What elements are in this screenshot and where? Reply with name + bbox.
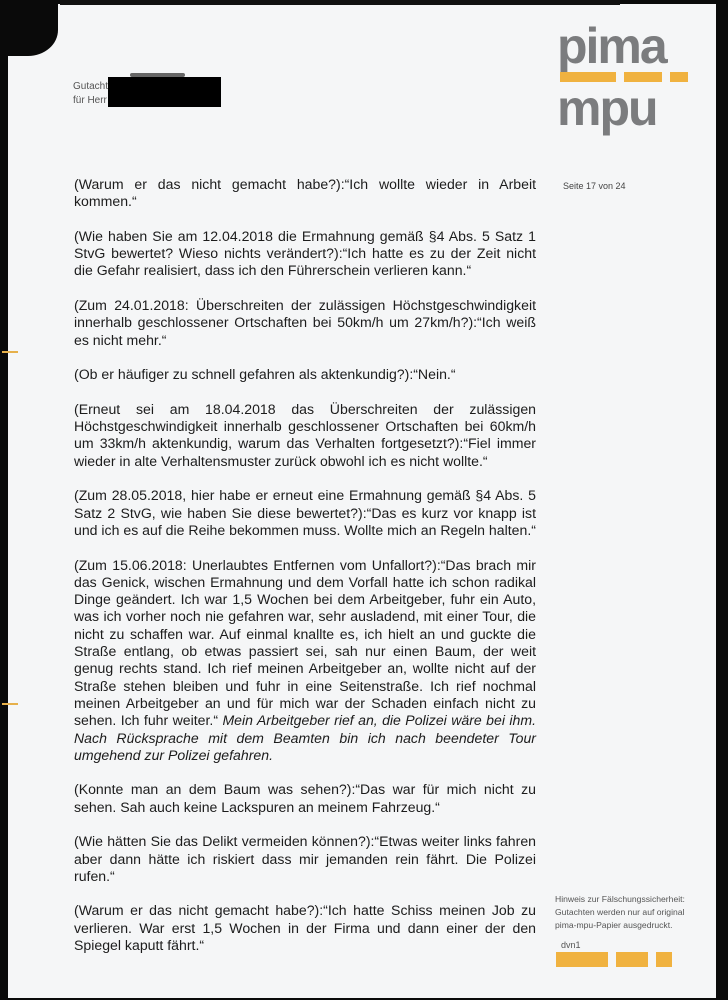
redaction-box bbox=[108, 77, 221, 107]
paragraph: (Zum 24.01.2018: Überschreiten der zuläs… bbox=[74, 297, 536, 349]
paragraph: (Wie haben Sie am 12.04.2018 die Ermahnu… bbox=[74, 228, 536, 280]
scan-corner-shadow bbox=[0, 0, 58, 56]
pima-mpu-logo: pima mpu bbox=[557, 26, 692, 128]
forgery-notice: Hinweis zur Fälschungssicherheit: Gutach… bbox=[555, 893, 695, 933]
page-number: Seite 17 von 24 bbox=[563, 181, 626, 191]
paragraph: (Warum er das nicht gemacht habe?):“Ich … bbox=[74, 902, 536, 954]
paragraph: (Ob er häufiger zu schnell gefahren als … bbox=[74, 366, 536, 383]
logo-word-pima: pima bbox=[557, 26, 692, 66]
paragraph: (Konnte man an dem Baum was sehen?):“Das… bbox=[74, 781, 536, 816]
header-label-line1: Gutacht bbox=[73, 81, 108, 92]
scan-edge bbox=[60, 0, 620, 5]
paragraph: (Zum 15.06.2018: Unerlaubtes Entfernen v… bbox=[74, 557, 536, 765]
footer-accent-bars bbox=[556, 952, 672, 967]
document-body: (Warum er das nicht gemacht habe?):“Ich … bbox=[74, 176, 536, 972]
paragraph: (Wie hätten Sie das Delikt vermeiden kön… bbox=[74, 833, 536, 885]
document-code: dvn1 bbox=[561, 940, 581, 950]
margin-mark bbox=[2, 703, 18, 705]
margin-mark bbox=[2, 351, 18, 353]
logo-word-mpu: mpu bbox=[557, 88, 692, 128]
paragraph: (Zum 28.05.2018, hier habe er erneut ein… bbox=[74, 487, 536, 539]
header-label-line2: für Herr bbox=[73, 95, 107, 106]
paragraph: (Erneut sei am 18.04.2018 das Überschrei… bbox=[74, 401, 536, 470]
paragraph: (Warum er das nicht gemacht habe?):“Ich … bbox=[74, 176, 536, 211]
